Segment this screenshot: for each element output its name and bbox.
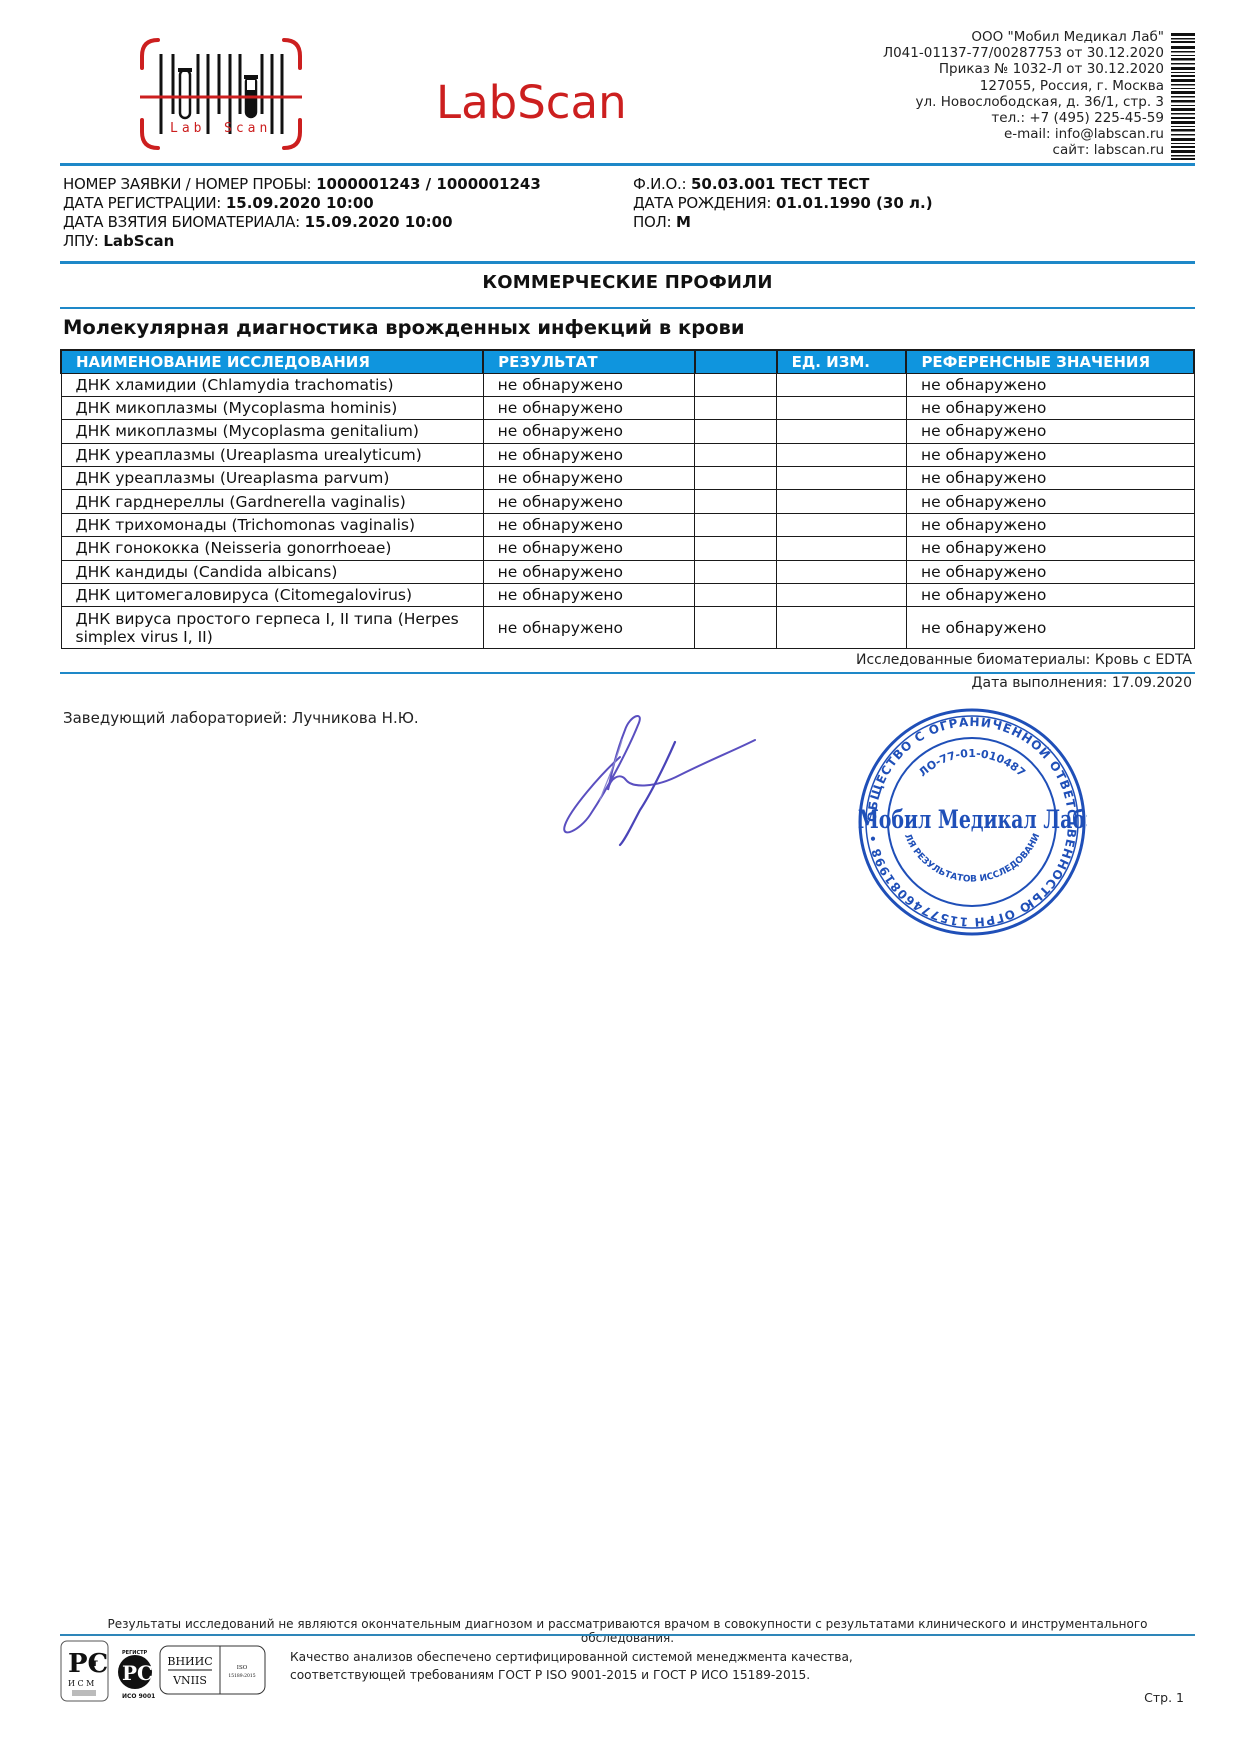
test-name-cell: ДНК кандиды (Candida albicans) xyxy=(61,560,483,583)
test-name-cell: ДНК трихомонады (Trichomonas vaginalis) xyxy=(61,513,483,536)
reference-cell: не обнаружено xyxy=(906,513,1194,536)
rst-registr-logo-icon: РЕГИСТР РС ИСО 9001 xyxy=(118,1650,155,1700)
svg-text:Lab: Lab xyxy=(170,121,205,136)
head-of-lab: Заведующий лабораторией: Лучникова Н.Ю. xyxy=(63,709,419,727)
biomaterial-note: Исследованные биоматериалы: Кровь с EDTA xyxy=(856,652,1192,668)
lpu-value: LabScan xyxy=(103,232,174,250)
col-reference: РЕФЕРЕНСНЫЕ ЗНАЧЕНИЯ xyxy=(906,350,1194,373)
flag-cell xyxy=(695,420,777,443)
test-name-cell: ДНК вируса простого герпеса I, II типа (… xyxy=(61,607,483,649)
brand-name: LabScan xyxy=(436,76,627,129)
svg-text:т: т xyxy=(92,1658,98,1669)
col-flag xyxy=(695,350,777,373)
org-email: e-mail: info@labscan.ru xyxy=(883,126,1164,142)
quality-line-1: Качество анализов обеспечено сертифициро… xyxy=(290,1648,853,1666)
patient-name: 50.03.001 ТЕСТ ТЕСТ xyxy=(691,175,869,193)
svg-text:ИСО 9001: ИСО 9001 xyxy=(122,1693,155,1700)
result-cell: не обнаружено xyxy=(483,490,695,513)
flag-cell xyxy=(695,560,777,583)
unit-cell xyxy=(777,607,907,649)
flag-cell xyxy=(695,490,777,513)
unit-cell xyxy=(777,396,907,419)
svg-text:15189:2015: 15189:2015 xyxy=(228,1673,255,1679)
patient-info: Ф.И.О.: 50.03.001 ТЕСТ ТЕСТ ДАТА РОЖДЕНИ… xyxy=(633,175,933,232)
quality-statement: Качество анализов обеспечено сертифициро… xyxy=(290,1648,853,1684)
reference-cell: не обнаружено xyxy=(906,467,1194,490)
order-number: 1000001243 / 1000001243 xyxy=(316,175,541,193)
unit-cell xyxy=(777,584,907,607)
org-order: Приказ № 1032-Л от 30.12.2020 xyxy=(883,61,1164,77)
order-number-row: НОМЕР ЗАЯВКИ / НОМЕР ПРОБЫ: 1000001243 /… xyxy=(63,175,541,194)
table-footer-divider xyxy=(60,672,1195,674)
quality-line-2: соответствующей требованиям ГОСТ Р ISO 9… xyxy=(290,1666,853,1684)
org-street: ул. Новослободская, д. 36/1, стр. 3 xyxy=(883,94,1164,110)
svg-text:«Мобил Медикал Лаб»: «Мобил Медикал Лаб» xyxy=(857,805,1087,834)
table-row: ДНК трихомонады (Trichomonas vaginalis)н… xyxy=(61,513,1194,536)
org-name: ООО "Мобил Медикал Лаб" xyxy=(883,29,1164,45)
footer-divider xyxy=(60,1634,1195,1636)
test-name-cell: ДНК гонококка (Neisseria gonorrhoeae) xyxy=(61,537,483,560)
table-row: ДНК цитомегаловируса (Citomegalovirus)не… xyxy=(61,584,1194,607)
test-name-cell: ДНК гарднереллы (Gardnerella vaginalis) xyxy=(61,490,483,513)
section-title: КОММЕРЧЕСКИЕ ПРОФИЛИ xyxy=(60,272,1195,293)
unit-cell xyxy=(777,513,907,536)
reference-cell: не обнаружено xyxy=(906,584,1194,607)
birth-date-row: ДАТА РОЖДЕНИЯ: 01.01.1990 (30 л.) xyxy=(633,194,933,213)
org-phone: тел.: +7 (495) 225-45-59 xyxy=(883,110,1164,126)
unit-cell xyxy=(777,443,907,466)
svg-text:И С М: И С М xyxy=(68,1679,94,1688)
result-cell: не обнаружено xyxy=(483,607,695,649)
table-row: ДНК уреаплазмы (Ureaplasma urealyticum)н… xyxy=(61,443,1194,466)
reference-cell: не обнаружено xyxy=(906,396,1194,419)
table-header-row: НАИМЕНОВАНИЕ ИССЛЕДОВАНИЯ РЕЗУЛЬТАТ ЕД. … xyxy=(61,350,1194,373)
labscan-logo: Lab Scan LabScan xyxy=(136,32,516,154)
info-divider xyxy=(60,261,1195,264)
result-cell: не обнаружено xyxy=(483,560,695,583)
result-cell: не обнаружено xyxy=(483,467,695,490)
flag-cell xyxy=(695,607,777,649)
certification-logos: РС т И С М РЕГИСТР РС ИСО 9001 ВНИИС VNI… xyxy=(60,1640,270,1702)
signature-icon xyxy=(560,700,790,850)
completion-date: Дата выполнения: 17.09.2020 xyxy=(972,675,1192,691)
reference-cell: не обнаружено xyxy=(906,443,1194,466)
test-name-cell: ДНК уреаплазмы (Ureaplasma parvum) xyxy=(61,467,483,490)
test-name-cell: ДНК цитомегаловируса (Citomegalovirus) xyxy=(61,584,483,607)
org-license: Л041-01137-77/00287753 от 30.12.2020 xyxy=(883,45,1164,61)
official-stamp-icon: ОБЩЕСТВО С ОГРАНИЧЕННОЙ ОТВЕТСТВЕННОСТЬЮ… xyxy=(857,706,1087,938)
flag-cell xyxy=(695,373,777,396)
reference-cell: не обнаружено xyxy=(906,607,1194,649)
sex-value: М xyxy=(676,213,691,231)
flag-cell xyxy=(695,396,777,419)
organization-details: ООО "Мобил Медикал Лаб" Л041-01137-77/00… xyxy=(883,29,1164,159)
page-number: Стр. 1 xyxy=(1144,1690,1184,1705)
table-row: ДНК микоплазмы (Mycoplasma genitalium)не… xyxy=(61,420,1194,443)
test-name-cell: ДНК микоплазмы (Mycoplasma hominis) xyxy=(61,396,483,419)
result-cell: не обнаружено xyxy=(483,396,695,419)
result-cell: не обнаружено xyxy=(483,420,695,443)
flag-cell xyxy=(695,513,777,536)
barcode-test-tube-logo-icon: Lab Scan xyxy=(136,32,436,154)
unit-cell xyxy=(777,467,907,490)
test-name-cell: ДНК микоплазмы (Mycoplasma genitalium) xyxy=(61,420,483,443)
reference-cell: не обнаружено xyxy=(906,420,1194,443)
flag-cell xyxy=(695,537,777,560)
result-cell: не обнаружено xyxy=(483,537,695,560)
patient-name-row: Ф.И.О.: 50.03.001 ТЕСТ ТЕСТ xyxy=(633,175,933,194)
result-cell: не обнаружено xyxy=(483,443,695,466)
sample-date: 15.09.2020 10:00 xyxy=(305,213,453,231)
table-row: ДНК хламидии (Chlamydia trachomatis)не о… xyxy=(61,373,1194,396)
flag-cell xyxy=(695,443,777,466)
col-unit: ЕД. ИЗМ. xyxy=(777,350,907,373)
flag-cell xyxy=(695,467,777,490)
rst-icm-logo-icon: РС т И С М xyxy=(61,1641,108,1701)
vniis-logo-icon: ВНИИС VNIIS ISO 15189:2015 xyxy=(160,1646,265,1694)
reference-cell: не обнаружено xyxy=(906,490,1194,513)
reference-cell: не обнаружено xyxy=(906,560,1194,583)
org-city: 127055, Россия, г. Москва xyxy=(883,78,1164,94)
header-divider xyxy=(60,163,1195,166)
svg-text:РС: РС xyxy=(122,1661,153,1685)
table-row: ДНК гонококка (Neisseria gonorrhoeae)не … xyxy=(61,537,1194,560)
result-cell: не обнаружено xyxy=(483,584,695,607)
lpu-row: ЛПУ: LabScan xyxy=(63,232,541,251)
table-row: ДНК микоплазмы (Mycoplasma hominis)не об… xyxy=(61,396,1194,419)
table-row: ДНК вируса простого герпеса I, II типа (… xyxy=(61,607,1194,649)
unit-cell xyxy=(777,420,907,443)
section-divider xyxy=(60,307,1195,309)
barcode-icon xyxy=(1171,33,1195,161)
table-row: ДНК уреаплазмы (Ureaplasma parvum)не обн… xyxy=(61,467,1194,490)
svg-text:ЛО-77-01-010487: ЛО-77-01-010487 xyxy=(916,747,1028,779)
reference-cell: не обнаружено xyxy=(906,373,1194,396)
results-table: НАИМЕНОВАНИЕ ИССЛЕДОВАНИЯ РЕЗУЛЬТАТ ЕД. … xyxy=(60,349,1195,649)
org-website: сайт: labscan.ru xyxy=(883,142,1164,158)
unit-cell xyxy=(777,373,907,396)
col-test-name: НАИМЕНОВАНИЕ ИССЛЕДОВАНИЯ xyxy=(61,350,483,373)
order-info: НОМЕР ЗАЯВКИ / НОМЕР ПРОБЫ: 1000001243 /… xyxy=(63,175,541,251)
test-name-cell: ДНК хламидии (Chlamydia trachomatis) xyxy=(61,373,483,396)
profile-title: Молекулярная диагностика врожденных инфе… xyxy=(63,316,745,339)
unit-cell xyxy=(777,560,907,583)
unit-cell xyxy=(777,537,907,560)
svg-text:Scan: Scan xyxy=(224,121,271,136)
unit-cell xyxy=(777,490,907,513)
flag-cell xyxy=(695,584,777,607)
birth-date: 01.01.1990 (30 л.) xyxy=(776,194,933,212)
svg-text:РС: РС xyxy=(68,1649,108,1679)
reference-cell: не обнаружено xyxy=(906,537,1194,560)
test-name-cell: ДНК уреаплазмы (Ureaplasma urealyticum) xyxy=(61,443,483,466)
sample-date-row: ДАТА ВЗЯТИЯ БИОМАТЕРИАЛА: 15.09.2020 10:… xyxy=(63,213,541,232)
col-result: РЕЗУЛЬТАТ xyxy=(483,350,695,373)
table-row: ДНК гарднереллы (Gardnerella vaginalis)н… xyxy=(61,490,1194,513)
svg-text:ВНИИС: ВНИИС xyxy=(167,1655,212,1668)
result-cell: не обнаружено xyxy=(483,373,695,396)
registration-date: 15.09.2020 10:00 xyxy=(226,194,374,212)
registration-date-row: ДАТА РЕГИСТРАЦИИ: 15.09.2020 10:00 xyxy=(63,194,541,213)
result-cell: не обнаружено xyxy=(483,513,695,536)
svg-text:VNIIS: VNIIS xyxy=(172,1674,207,1687)
table-row: ДНК кандиды (Candida albicans)не обнаруж… xyxy=(61,560,1194,583)
sex-row: ПОЛ: М xyxy=(633,213,933,232)
svg-text:ISO: ISO xyxy=(237,1665,248,1671)
